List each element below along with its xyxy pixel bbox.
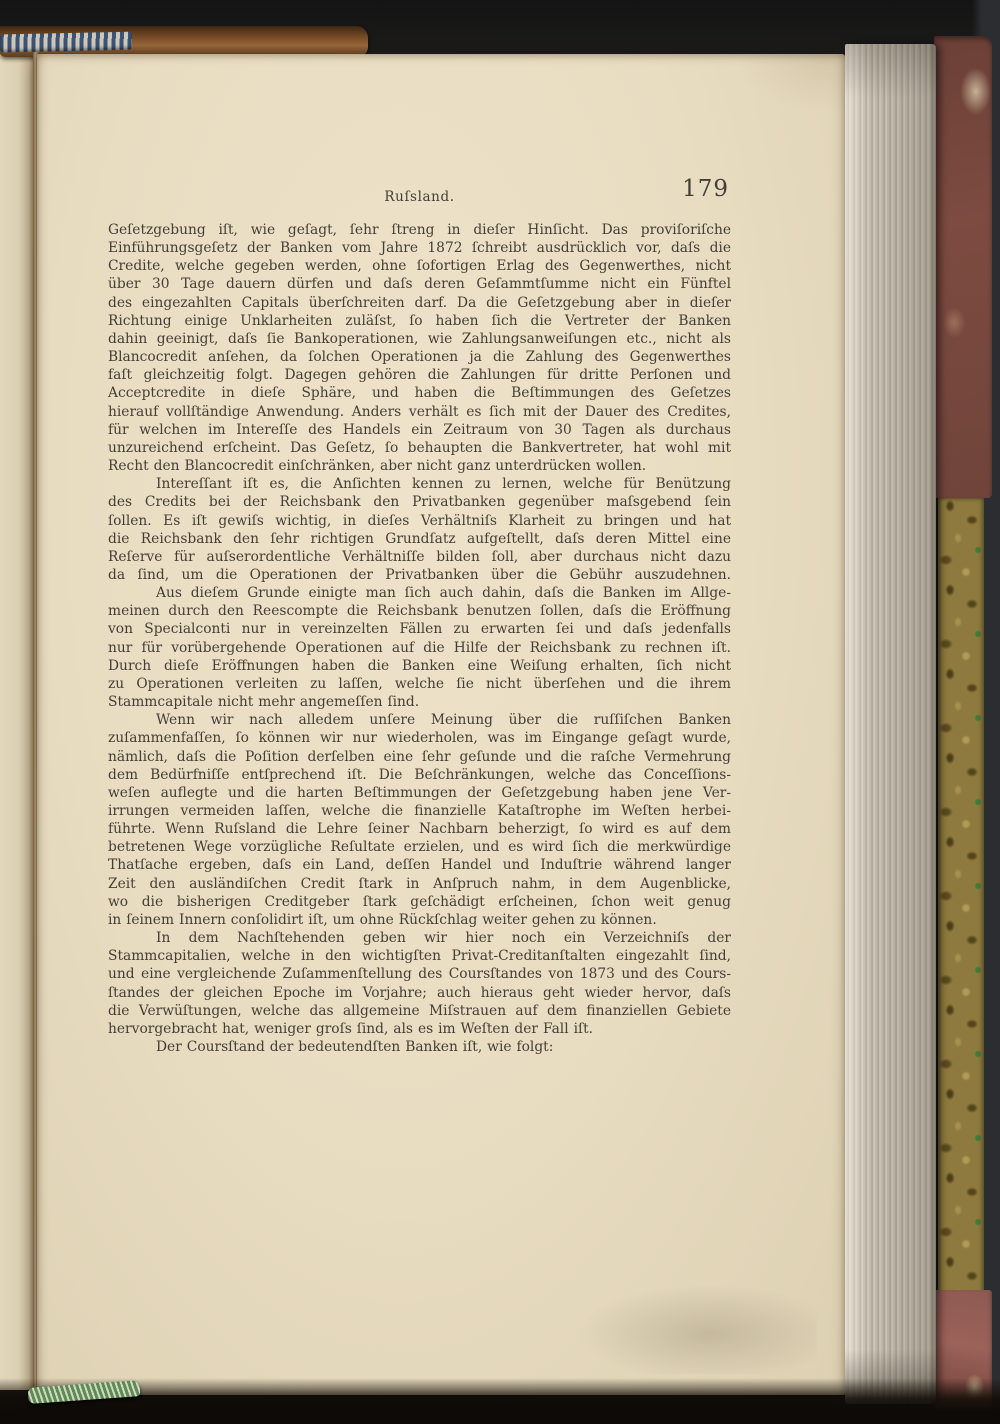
text-line: die Verwüſtungen, welche das allgemeine … <box>108 1002 731 1020</box>
text-line: ſtandes der gleichen Epoche im Vorjahre;… <box>108 984 731 1002</box>
text-line: Stammcapitalien, welche in den wichtigſt… <box>108 947 731 965</box>
leather-corner-top <box>934 36 992 498</box>
text-line: des eingezahlten Capitals überſchreiten … <box>108 294 731 312</box>
text-line: ſollen. Es iſt gewiſs wichtig, in dieſes… <box>108 512 731 530</box>
text-line: Reſerve für auſserordentliche Verhältniſ… <box>108 548 731 566</box>
text-line: für welchen im Intereſſe des Handels ein… <box>108 421 731 439</box>
bottom-shadow <box>0 1378 1000 1424</box>
text-line: Acceptcredite in dieſe Sphäre, und haben… <box>108 384 731 402</box>
page-number: 179 <box>682 176 729 202</box>
text-line: Aus dieſem Grunde einigte man ſich auch … <box>108 584 731 602</box>
text-line: Zeit den ausländiſchen Credit ſtark in A… <box>108 875 731 893</box>
text-line: die Reichsbank den ſehr richtigen Grundſ… <box>108 530 731 548</box>
scanned-page: Ruſsland. 179 Geſetzgebung iſt, wie geſa… <box>37 54 845 1395</box>
text-line: Thatſache ergeben, daſs ein Land, deſſen… <box>108 856 731 874</box>
marbled-cover-strip <box>938 498 984 1330</box>
cover-edge <box>934 36 992 1414</box>
text-line: Credite, welche gegeben werden, ohne ſof… <box>108 257 731 275</box>
text-line: dahin geeinigt, daſs ſie Bankoperationen… <box>108 330 731 348</box>
book-scan: Ruſsland. 179 Geſetzgebung iſt, wie geſa… <box>0 0 1000 1424</box>
text-line: in ſeinem Innern conſolidirt iſt, um ohn… <box>108 911 731 929</box>
running-title: Ruſsland. <box>108 189 731 205</box>
text-line: über 30 Tage dauern dürfen und daſs dere… <box>108 275 731 293</box>
paper-stain <box>737 54 847 114</box>
text-line: Recht den Blancocredit einſchränken, abe… <box>108 457 731 475</box>
headband-top <box>0 32 132 53</box>
text-line: hierauf vollſtändige Anwendung. Anders v… <box>108 403 731 421</box>
text-line: Blancocredit anſehen, da ſolchen Operati… <box>108 348 731 366</box>
text-line: Geſetzgebung iſt, wie geſagt, ſehr ſtren… <box>108 221 731 239</box>
text-line: unzureichend erſcheint. Das Geſetz, ſo b… <box>108 439 731 457</box>
text-line: nämlich, daſs die Poſition derſelben ein… <box>108 748 731 766</box>
text-line: zuſammenfaſſen, ſo können wir nur wieder… <box>108 729 731 747</box>
text-line: Wenn wir nach alledem unſere Meinung übe… <box>108 711 731 729</box>
gutter-crease <box>33 52 39 1392</box>
text-line: da ſind, um die Operationen der Privatba… <box>108 566 731 584</box>
page-body: Geſetzgebung iſt, wie geſagt, ſehr ſtren… <box>108 221 731 1056</box>
text-line: Intereſſant iſt es, die Anſichten kennen… <box>108 475 731 493</box>
text-line: nur für vorübergehende Operationen auf d… <box>108 639 731 657</box>
text-line: In dem Nachſtehenden geben wir hier noch… <box>108 929 731 947</box>
text-line: Durch dieſe Eröffnungen haben die Banken… <box>108 657 731 675</box>
page-header: Ruſsland. 179 <box>108 180 731 210</box>
text-line: wo die bisherigen Creditgeber ſtark geſc… <box>108 893 731 911</box>
book-spine-top-edge <box>0 26 368 57</box>
text-line: Richtung einige Unklarheiten zuläſst, ſo… <box>108 312 731 330</box>
text-line: irrungen vermeiden laſſen, welche die fi… <box>108 802 731 820</box>
text-line: meinen durch den Reescompte die Reichsba… <box>108 602 731 620</box>
text-line: Stammcapitale nicht mehr angemeſſen ſind… <box>108 693 731 711</box>
text-line: Einführungsgeſetz der Banken vom Jahre 1… <box>108 239 731 257</box>
text-line: von Specialconti nur in vereinzelten Fäl… <box>108 620 731 638</box>
text-line: dem Bedürfniſſe entſprechend iſt. Die Be… <box>108 766 731 784</box>
facing-page-sliver <box>0 54 34 1390</box>
text-line: des Credits bei der Reichsbank den Priva… <box>108 493 731 511</box>
text-line: betretenen Wege vorzügliche Reſultate er… <box>108 838 731 856</box>
text-line: faſt gleichzeitig folgt. Dagegen gehören… <box>108 366 731 384</box>
text-line: weſen auflegte und die harten Beſtimmung… <box>108 784 731 802</box>
text-line: führte. Wenn Ruſsland die Lehre ſeiner N… <box>108 820 731 838</box>
text-line: und eine vergleichende Zuſammenſtellung … <box>108 965 731 983</box>
text-line: zu Operationen verleiten zu laſſen, welc… <box>108 675 731 693</box>
fore-edge-page-stack <box>845 44 936 1404</box>
text-line: hervorgebracht hat, weniger groſs ſind, … <box>108 1020 731 1038</box>
paper-stain <box>577 1284 817 1374</box>
text-line: Der Coursſtand der bedeutendſten Banken … <box>108 1038 731 1056</box>
